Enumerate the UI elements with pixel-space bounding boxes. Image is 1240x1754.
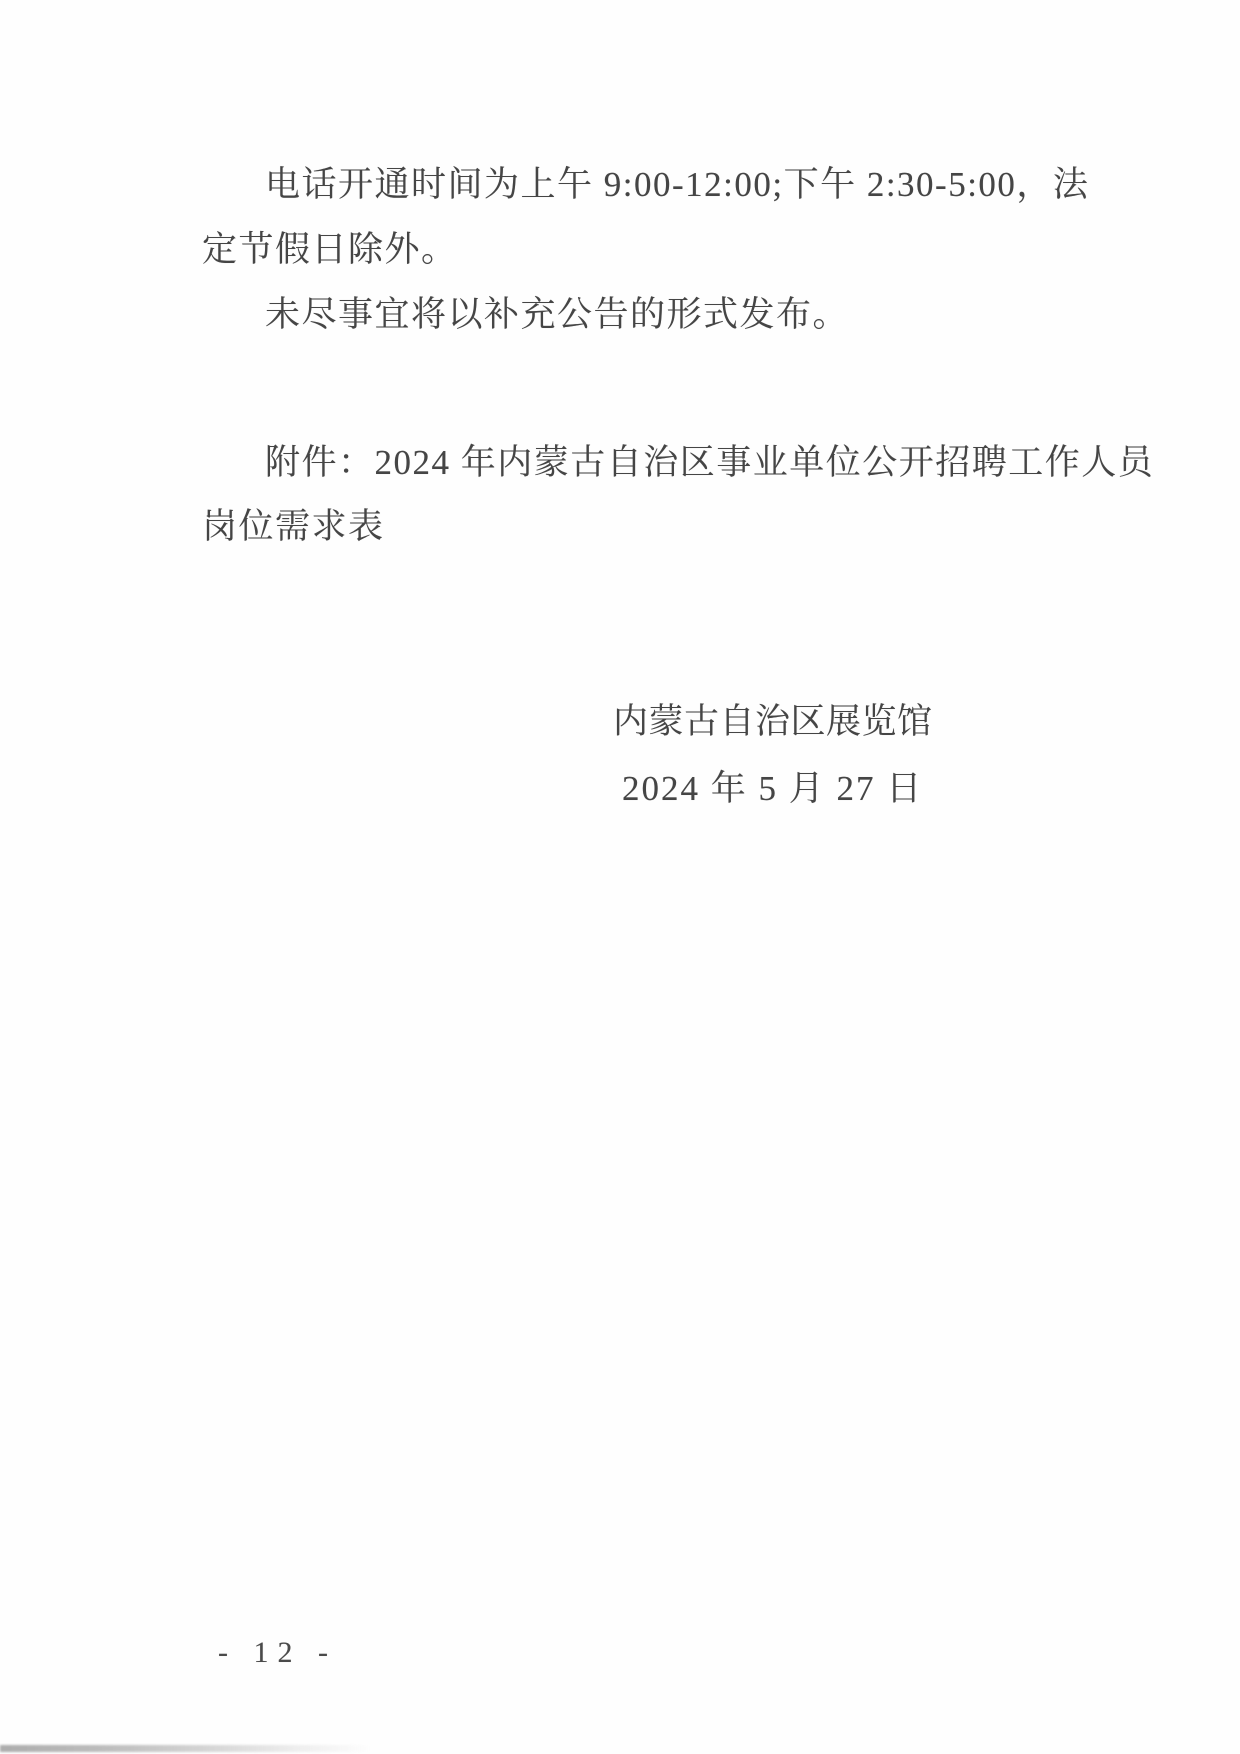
signature-date: 2024 年 5 月 27 日 bbox=[622, 767, 923, 811]
signature-organization: 内蒙古自治区展览馆 bbox=[613, 700, 933, 744]
page-number: - 12 - bbox=[218, 1636, 337, 1670]
scan-artifact-smudge bbox=[0, 1745, 372, 1752]
body-paragraph1-line2: 定节假日除外。 bbox=[202, 228, 458, 272]
attachment-reference-line1: 附件：2024 年内蒙古自治区事业单位公开招聘工作人员 bbox=[265, 441, 1154, 485]
body-paragraph2-line1: 未尽事宜将以补充公告的形式发布。 bbox=[265, 293, 849, 337]
body-paragraph1-line1: 电话开通时间为上午 9:00-12:00;下午 2:30-5:00，法 bbox=[265, 163, 1089, 207]
scanned-document-page: 电话开通时间为上午 9:00-12:00;下午 2:30-5:00，法 定节假日… bbox=[0, 0, 1240, 1754]
attachment-reference-line2: 岗位需求表 bbox=[202, 505, 385, 549]
